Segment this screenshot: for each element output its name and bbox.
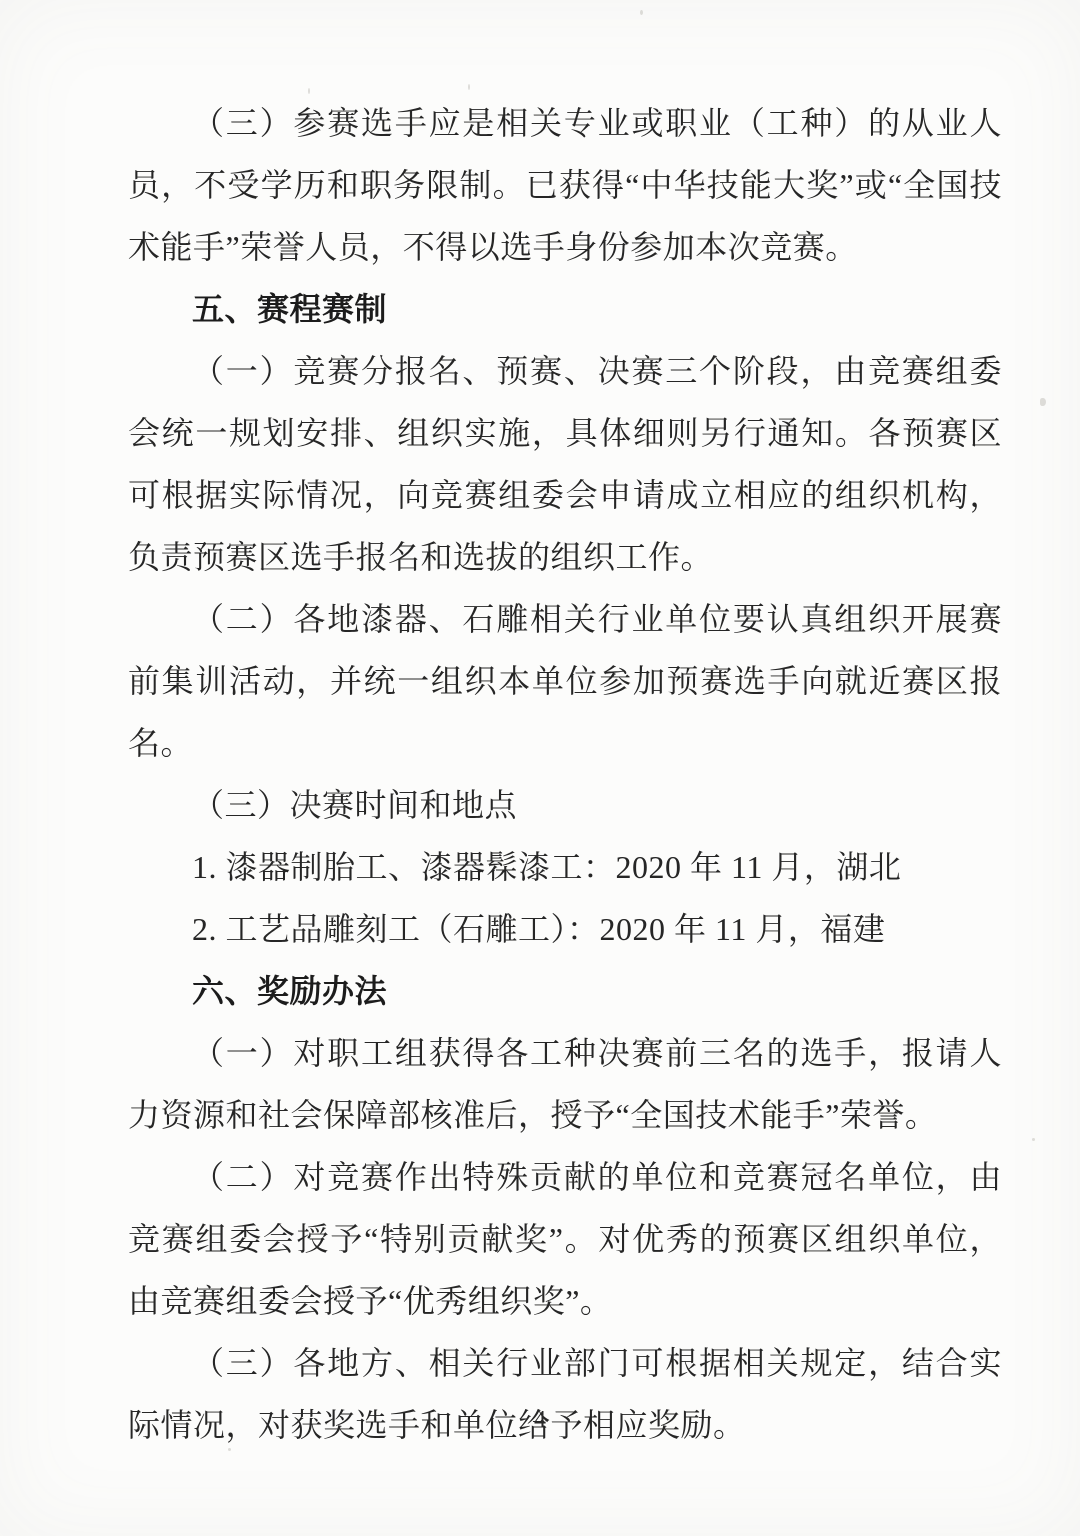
paragraph-s6-special-awards: （二）对竞赛作出特殊贡献的单位和竞赛冠名单位，由竞赛组委会授予“特别贡献奖”。对…: [128, 1146, 1002, 1332]
list-item-final-stonecarving: 2. 工艺品雕刻工（石雕工）：2020 年 11 月，福建: [128, 898, 1002, 960]
scan-noise-speck: [912, 486, 915, 489]
scan-noise-speck: [228, 1448, 231, 1451]
scan-noise-speck: [308, 88, 310, 94]
paragraph-s5-stages: （一）竞赛分报名、预赛、决赛三个阶段，由竞赛组委会统一规划安排、组织实施，具体细…: [128, 340, 1002, 588]
scan-noise-speck: [1032, 1138, 1035, 1141]
paragraph-s5-pretraining: （二）各地漆器、石雕相关行业单位要认真组织开展赛前集训活动，并统一组织本单位参加…: [128, 588, 1002, 774]
page-number: 4: [0, 1402, 1080, 1438]
scan-noise-speck: [468, 84, 470, 90]
scan-noise-speck: [640, 10, 643, 15]
paragraph-s6-top3-honor: （一）对职工组获得各工种决赛前三名的选手，报请人力资源和社会保障部核准后，授予“…: [128, 1022, 1002, 1146]
scan-noise-speck: [1040, 398, 1046, 406]
list-item-final-lacquer: 1. 漆器制胎工、漆器髹漆工：2020 年 11 月，湖北: [128, 836, 1002, 898]
paragraph-s5-final-time-place: （三）决赛时间和地点: [128, 774, 1002, 836]
section-heading-5-schedule: 五、赛程赛制: [128, 278, 1002, 340]
document-page: （三）参赛选手应是相关专业或职业（工种）的从业人员，不受学历和职务限制。已获得“…: [0, 0, 1080, 1536]
document-body: （三）参赛选手应是相关专业或职业（工种）的从业人员，不受学历和职务限制。已获得“…: [0, 0, 1080, 1456]
paragraph-eligibility-item3: （三）参赛选手应是相关专业或职业（工种）的从业人员，不受学历和职务限制。已获得“…: [128, 92, 1002, 278]
section-heading-6-awards: 六、奖励办法: [128, 960, 1002, 1022]
